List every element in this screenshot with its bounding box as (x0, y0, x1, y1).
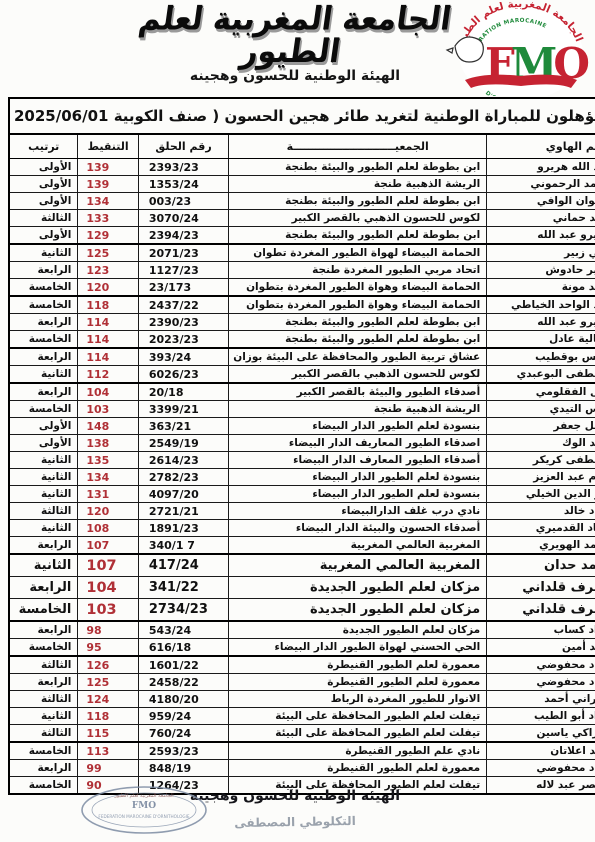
table-row: خالد أمينالحي الحسني لهواة الطيور الدار … (9, 639, 595, 657)
table-row: مصطفى كريكرأصدقاء الطيور المعارف الدار ا… (9, 452, 595, 469)
cell-assoc: الحمامة البيضاء وهواة الطيور المغردة بتط… (229, 279, 487, 297)
table-row: أشرف قلدانيمزكان لعلم الطيور الجديدة2734… (9, 599, 595, 622)
cell-rank: الأولى (9, 435, 78, 452)
table-row: مصطفى البوعبديلكوس للحسون الذهبي بالقصر … (9, 366, 595, 384)
table-row: مراد محفوضيمعمورة لعلم الطيور القنيطرة84… (9, 760, 595, 777)
cell-score: 113 (78, 742, 138, 760)
cell-ring: 760/24 (138, 725, 228, 743)
table-header-row: اسم الهاوي الجمعيـــــــــــــــــــــــ… (9, 134, 595, 159)
cell-name: أحمد حدان (487, 554, 595, 577)
cell-score: 133 (78, 210, 138, 227)
cell-score: 126 (78, 656, 138, 674)
cell-ring: 848/19 (138, 760, 228, 777)
cell-name: زهير حادوش (487, 262, 595, 279)
cell-score: 135 (78, 452, 138, 469)
cell-rank: الأولى (9, 176, 78, 193)
cell-ring: 4097/20 (138, 486, 228, 503)
table-row: نور الدين الخيليبنسودة لعلم الطيور الدار… (9, 486, 595, 503)
cell-name: هريرو عبد الله (487, 314, 595, 331)
cell-rank: الخامسة (9, 777, 78, 795)
cell-rank: الخامسة (9, 742, 78, 760)
cell-ring: 2782/23 (138, 469, 228, 486)
cell-assoc: مزكان لعلم الطيور الجديدة (229, 599, 487, 622)
cell-name: نور الدين الخيلي (487, 486, 595, 503)
cell-assoc: بنسودة لعلم الطيور الدار البيضاء (229, 486, 487, 503)
cell-ring: 2458/22 (138, 674, 228, 691)
cell-name: سعد مونة (487, 279, 595, 297)
cell-assoc: المغربية العالمي المغربية (229, 537, 487, 555)
column-header-ring-number: رقم الحلق (138, 134, 228, 159)
cell-rank: الرابعة (9, 577, 78, 599)
cell-score: 134 (78, 193, 138, 210)
cell-rank: الرابعة (9, 674, 78, 691)
cell-name: خيي زبير (487, 244, 595, 262)
stamp-caption: FEDERATION MAROCAINE D'ORNITHOLOGIE (98, 814, 189, 819)
cell-name: عمراني أحمد (487, 691, 595, 708)
cell-ring: 2394/23 (138, 227, 228, 245)
cell-rank: الرابعة (9, 262, 78, 279)
cell-ring: 1601/22 (138, 656, 228, 674)
table-row: أناس التيديالريشة الذهبية طنجة3399/21103… (9, 401, 595, 418)
cell-ring: 363/21 (138, 418, 228, 435)
cell-ring: 2593/23 (138, 742, 228, 760)
results-table-body: عبد الله هريروابن بطوطة لعلم الطيور والب… (9, 159, 595, 795)
cell-ring: 1353/24 (138, 176, 228, 193)
table-row: عماد القدميريأصدقاء الحسون والبيئة الدار… (9, 520, 595, 537)
cell-ring: 2549/19 (138, 435, 228, 452)
cell-assoc: الريشة الذهبية طنجة (229, 176, 487, 193)
stamp-arabic-text: الجامعة المغربية لعلم الطيور (113, 793, 173, 799)
table-row: محمد الهويريالمغربية العالمي المغربية340… (9, 537, 595, 555)
cell-name: ركراكي ياسين (487, 725, 595, 743)
table-row: خالد الوكاصدقاء الطيور المعاريف الدار ال… (9, 435, 595, 452)
cell-ring: 2023/23 (138, 331, 228, 349)
cell-name: أناس التيدي (487, 401, 595, 418)
cell-score: 107 (78, 554, 138, 577)
cell-rank: الرابعة (9, 314, 78, 331)
cell-score: 139 (78, 176, 138, 193)
cell-name: مراد محفوضي (487, 674, 595, 691)
cell-score: 129 (78, 227, 138, 245)
cell-score: 125 (78, 674, 138, 691)
table-row: محمد الرحمونيالريشة الذهبية طنجة1353/241… (9, 176, 595, 193)
cell-score: 120 (78, 279, 138, 297)
cell-score: 118 (78, 708, 138, 725)
table-row: وكيل جعفربنسودة لعلم الطيور الدار البيضا… (9, 418, 595, 435)
cell-score: 112 (78, 366, 138, 384)
table-row: مراد محفوضيمعمورة لعلم الطيور القنيطرة24… (9, 674, 595, 691)
cell-score: 114 (78, 314, 138, 331)
cell-assoc: ابن بطوطة لعلم الطيور والبيئة بطنجة (229, 193, 487, 210)
table-title-text: المؤهلون للمباراة الوطنية لتغريد طائر هج… (114, 107, 595, 125)
table-row: خالد اعلاتاننادي علم الطيور القنيطرة2593… (9, 742, 595, 760)
cell-assoc: معمورة لعلم الطيور القنيطرة (229, 760, 487, 777)
fmo-logo: الجامعة المغربية لعلم الطيور FEDERATION … (445, 2, 593, 96)
table-row: زهير حادوشاتحاد مربي الطيور المغردة طنجة… (9, 262, 595, 279)
cell-ring: 2734/23 (138, 599, 228, 622)
cell-name: خالد حماني (487, 210, 595, 227)
cell-rank: الثالثة (9, 503, 78, 520)
cell-rank: الثالثة (9, 725, 78, 743)
cell-score: 148 (78, 418, 138, 435)
official-stamp: FMO FEDERATION MAROCAINE D'ORNITHOLOGIE … (78, 784, 210, 836)
cell-assoc: ابن بطوطة لعلم الطيور والبيئة بطنجة (229, 227, 487, 245)
cell-rank: الخامسة (9, 331, 78, 349)
cell-score: 104 (78, 383, 138, 401)
cell-assoc: الانوار للطيور المغردة الرباط (229, 691, 487, 708)
cell-ring: 2390/23 (138, 314, 228, 331)
cell-name: تهام عبد العزيز (487, 469, 595, 486)
cell-rank: الثالثة (9, 691, 78, 708)
cell-score: 103 (78, 401, 138, 418)
cell-score: 118 (78, 296, 138, 314)
cell-assoc: ابن بطوطة لعلم الطيور والبيئة بطنجة (229, 159, 487, 176)
cell-ring: 6026/23 (138, 366, 228, 384)
column-header-rank: ترتيب (9, 134, 78, 159)
cell-ring: 543/24 (138, 621, 228, 639)
cell-assoc: الحمامة البيضاء وهواة الطيور المغردة بتط… (229, 296, 487, 314)
cell-score: 108 (78, 520, 138, 537)
cell-name: خالد اعلاتان (487, 742, 595, 760)
table-row: يونس بوقطيبعشاق تربية الطيور والمحافظة ع… (9, 348, 595, 366)
cell-assoc: ابن بطوطة لعلم الطيور والبيئة بطنجة (229, 331, 487, 349)
column-header-association: الجمعيـــــــــــــــــــــــــــة (229, 134, 487, 159)
cell-score: 115 (78, 725, 138, 743)
table-row: هريرو عبد اللهابن بطوطة لعلم الطيور والب… (9, 314, 595, 331)
cell-rank: الثانية (9, 520, 78, 537)
table-row: أشرف قلدانيمزكان لعلم الطيور الجديدة341/… (9, 577, 595, 599)
cell-name: أشرف قلداني (487, 599, 595, 622)
table-row: هريرو عبد اللهابن بطوطة لعلم الطيور والب… (9, 227, 595, 245)
cell-ring: 3399/21 (138, 401, 228, 418)
stamp-initials: FMO (132, 801, 156, 811)
cell-score: 120 (78, 503, 138, 520)
table-row: خالد حمانيلكوس للحسون الذهبي بالقصر الكب… (9, 210, 595, 227)
cell-assoc: عشاق تربية الطيور والمحافظة على البيئة ب… (229, 348, 487, 366)
table-row: ركراكي ياسينتيفلت لعلم الطيور المحافظة ع… (9, 725, 595, 743)
cell-assoc: ابن بطوطة لعلم الطيور والبيئة بطنجة (229, 314, 487, 331)
cell-score: 114 (78, 348, 138, 366)
cell-rank: الرابعة (9, 348, 78, 366)
cell-score: 138 (78, 435, 138, 452)
cell-rank: الثانية (9, 452, 78, 469)
cell-ring: 4180/20 (138, 691, 228, 708)
cell-rank: الثالثة (9, 210, 78, 227)
cell-name: عماد القدميري (487, 520, 595, 537)
cell-rank: الثانية (9, 366, 78, 384)
cell-ring: 1891/23 (138, 520, 228, 537)
cell-assoc: تيفلت لعلم الطيور المحافظة على البيئة (229, 725, 487, 743)
cell-assoc: أصدقاء الطيور المعارف الدار البيضاء (229, 452, 487, 469)
cell-assoc: لكوس للحسون الذهبي بالقصر الكبير (229, 210, 487, 227)
table-title-date: 2025/06/01 (14, 107, 108, 125)
cell-assoc: تيفلت لعلم الطيور المحافظة على البيئة (229, 708, 487, 725)
cell-rank: الخامسة (9, 599, 78, 622)
cell-rank: الثانية (9, 244, 78, 262)
cell-ring: 341/22 (138, 577, 228, 599)
cell-name: عبد الله هريرو (487, 159, 595, 176)
cell-rank: الأولى (9, 193, 78, 210)
column-header-name: اسم الهاوي (487, 134, 595, 159)
table-row: أحمد حدانالمغربية العالمي المغربية417/24… (9, 554, 595, 577)
cell-rank: الأولى (9, 159, 78, 176)
table-row: عبد الواحد الخياطيالحمامة البيضاء وهواة … (9, 296, 595, 314)
cell-assoc: نادي درب غلف الدارالبيضاء (229, 503, 487, 520)
cell-assoc: الحمامة البيضاء لهواة الطيور المغردة تطو… (229, 244, 487, 262)
cell-score: 95 (78, 639, 138, 657)
table-row: تهام عبد العزيزبنسودة لعلم الطيور الدار … (9, 469, 595, 486)
cell-ring: 340/1 7 (138, 537, 228, 555)
cell-assoc: اصدقاء الطيور المعاريف الدار البيضاء (229, 435, 487, 452)
cell-assoc: لكوس للحسون الذهبي بالقصر الكبير (229, 366, 487, 384)
cell-name: مراد محفوضي (487, 760, 595, 777)
cell-ring: 959/24 (138, 708, 228, 725)
cell-rank: الثانية (9, 708, 78, 725)
cell-assoc: المغربية العالمي المغربية (229, 554, 487, 577)
table-title-row: المؤهلون للمباراة الوطنية لتغريد طائر هج… (9, 98, 595, 134)
cell-name: مراد خالد (487, 503, 595, 520)
cell-score: 123 (78, 262, 138, 279)
cell-ring: 2071/23 (138, 244, 228, 262)
cell-rank: الخامسة (9, 279, 78, 297)
cell-assoc: اتحاد مربي الطيور المغردة طنجة (229, 262, 487, 279)
cell-name: مصطفى البوعبدي (487, 366, 595, 384)
cell-rank: الثانية (9, 469, 78, 486)
cell-rank: الخامسة (9, 296, 78, 314)
cell-name: محمد الهويري (487, 537, 595, 555)
cell-name: بلغالية عادل (487, 331, 595, 349)
cell-assoc: بنسودة لعلم الطيور الدار البيضاء (229, 469, 487, 486)
cell-assoc: مزكان لعلم الطيور الجديدة (229, 577, 487, 599)
cell-assoc: معمورة لعلم الطيور القنيطرة (229, 656, 487, 674)
cell-score: 114 (78, 331, 138, 349)
cell-name: مصطفى كريكر (487, 452, 595, 469)
cell-name: محمد الرحموني (487, 176, 595, 193)
cell-assoc: الريشة الذهبية طنجة (229, 401, 487, 418)
cell-ring: 23/173 (138, 279, 228, 297)
table-row: مراد خالدنادي درب غلف الدارالبيضاء2721/2… (9, 503, 595, 520)
table-row: سعد مونةالحمامة البيضاء وهواة الطيور الم… (9, 279, 595, 297)
cell-name: يونس بوقطيب (487, 348, 595, 366)
scanned-document-page: { "header": { "calligraphy": "الجامعة ال… (0, 0, 595, 842)
column-header-score: التنقيط (78, 134, 138, 159)
national-committee-line: الهيئة الوطنية للحسون وهجينه (145, 68, 445, 84)
table-row: عمراني أحمدالانوار للطيور المغردة الرباط… (9, 691, 595, 708)
cell-assoc: أصدقاء الطيور والبيئة بالقصر الكبير (229, 383, 487, 401)
cell-rank: الثانية (9, 554, 78, 577)
cell-rank: الرابعة (9, 621, 78, 639)
table-row: خيي زبيرالحمامة البيضاء لهواة الطيور الم… (9, 244, 595, 262)
table-row: رضوان الوافيابن بطوطة لعلم الطيور والبيئ… (9, 193, 595, 210)
cell-rank: الرابعة (9, 760, 78, 777)
cell-ring: 2393/23 (138, 159, 228, 176)
cell-ring: 1127/23 (138, 262, 228, 279)
cell-name: مراد محفوضي (487, 656, 595, 674)
cell-score: 99 (78, 760, 138, 777)
cell-assoc: مزكان لعلم الطيور الجديدة (229, 621, 487, 639)
cell-rank: الثالثة (9, 656, 78, 674)
cell-name: خالد أمين (487, 639, 595, 657)
cell-rank: الخامسة (9, 639, 78, 657)
table-row: بلغالية عادلابن بطوطة لعلم الطيور والبيئ… (9, 331, 595, 349)
table-row: فؤاد أبو الطيبتيفلت لعلم الطيور المحافظة… (9, 708, 595, 725)
cell-ring: 417/24 (138, 554, 228, 577)
cell-score: 98 (78, 621, 138, 639)
cell-name: رضوان الوافي (487, 193, 595, 210)
cell-name: عبد الواحد الخياطي (487, 296, 595, 314)
cell-score: 124 (78, 691, 138, 708)
cell-name: هريرو عبد الله (487, 227, 595, 245)
cell-ring: 3070/24 (138, 210, 228, 227)
cell-score: 104 (78, 577, 138, 599)
table-row: فؤاد كسابمزكان لعلم الطيور الجديدة543/24… (9, 621, 595, 639)
cell-name: فؤاد أبو الطيب (487, 708, 595, 725)
cell-ring: 616/18 (138, 639, 228, 657)
cell-score: 139 (78, 159, 138, 176)
cell-assoc: بنسودة لعلم الطيور الدار البيضاء (229, 418, 487, 435)
qualifiers-table: المؤهلون للمباراة الوطنية لتغريد طائر هج… (8, 97, 595, 795)
cell-score: 103 (78, 599, 138, 622)
cell-ring: 2721/21 (138, 503, 228, 520)
cell-assoc: أصدقاء الحسون والبيئة الدار البيضاء (229, 520, 487, 537)
cell-rank: الرابعة (9, 383, 78, 401)
table-title: المؤهلون للمباراة الوطنية لتغريد طائر هج… (9, 98, 595, 134)
table-row: عبد الله هريروابن بطوطة لعلم الطيور والب… (9, 159, 595, 176)
cell-name: خالد الوك (487, 435, 595, 452)
cell-name: بلال الفقلومي (487, 383, 595, 401)
federation-calligraphy-title: الجامعة المغربية لعلم الطيور (110, 4, 474, 71)
cell-rank: الأولى (9, 418, 78, 435)
cell-score: 134 (78, 469, 138, 486)
cell-ring: 2437/22 (138, 296, 228, 314)
cell-ring: 393/24 (138, 348, 228, 366)
cell-name: فؤاد كساب (487, 621, 595, 639)
cell-score: 107 (78, 537, 138, 555)
cell-assoc: الحي الحسني لهواة الطيور الدار البيضاء (229, 639, 487, 657)
bird-silhouette-icon (447, 37, 483, 62)
cell-ring: 2614/23 (138, 452, 228, 469)
cell-name: أشرف قلداني (487, 577, 595, 599)
cell-rank: الرابعة (9, 537, 78, 555)
cell-rank: الخامسة (9, 401, 78, 418)
cell-rank: الثانية (9, 486, 78, 503)
table-row: مراد محفوضيمعمورة لعلم الطيور القنيطرة16… (9, 656, 595, 674)
cell-score: 125 (78, 244, 138, 262)
table-row: بلال الفقلوميأصدقاء الطيور والبيئة بالقص… (9, 383, 595, 401)
cell-ring: 20/18 (138, 383, 228, 401)
cell-assoc: نادي علم الطيور القنيطرة (229, 742, 487, 760)
cell-assoc: معمورة لعلم الطيور القنيطرة (229, 674, 487, 691)
cell-ring: 003/23 (138, 193, 228, 210)
cell-name: منتصر عبد لاله (487, 777, 595, 795)
cell-score: 131 (78, 486, 138, 503)
cell-name: وكيل جعفر (487, 418, 595, 435)
cell-rank: الأولى (9, 227, 78, 245)
